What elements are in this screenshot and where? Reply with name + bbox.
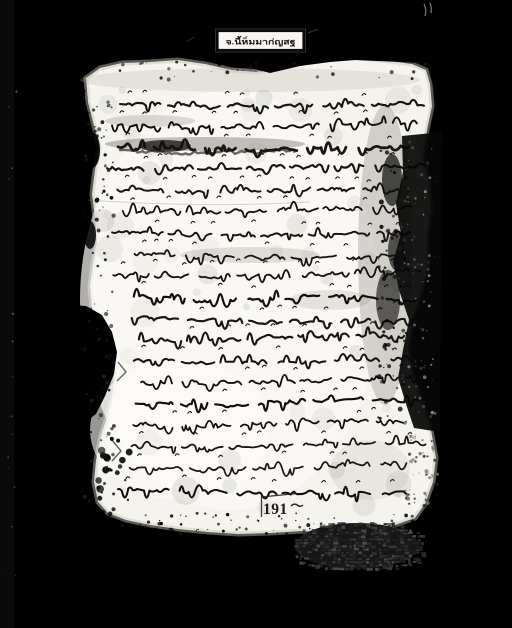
scanned-manuscript-photo: จ.นี้ห็มมาก่ญสฐ 191 bbox=[0, 0, 512, 628]
paper-texture bbox=[80, 68, 422, 516]
manuscript-scan: จ.นี้ห็มมาก่ญสฐ 191 bbox=[0, 0, 512, 628]
catalog-label: จ.นี้ห็มมาก่ญสฐ bbox=[216, 29, 306, 52]
label-text: จ.นี้ห็มมาก่ญสฐ bbox=[226, 36, 297, 48]
page-number-value: 191 bbox=[263, 501, 288, 518]
